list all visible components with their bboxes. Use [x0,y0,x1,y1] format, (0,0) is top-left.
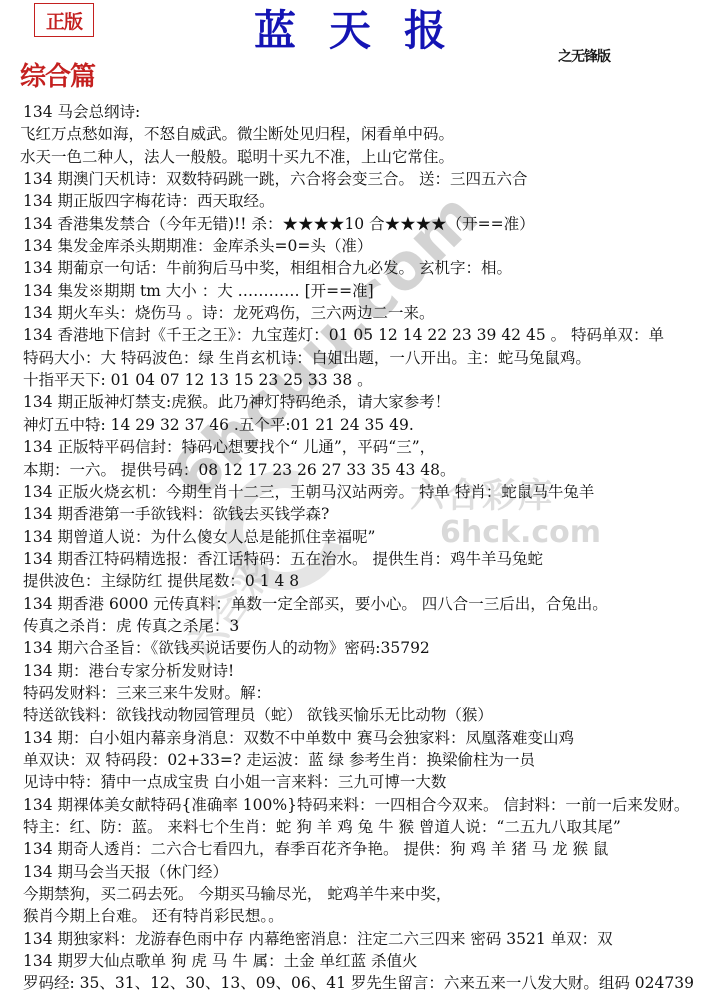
title-char-2: 天 [329,0,371,58]
text-line: 特送欲钱料：欲钱找动物园管理员（蛇） 欲钱买愉乐无比动物（猴） [23,704,713,726]
text-line: 十指平天下: 01 04 07 12 13 15 23 25 33 38 。 [23,369,713,391]
text-line: 134 期马会当天报（休门经） [23,861,713,883]
text-line: 134 期香江特码精选报：香江话特码：五在治水。 提供生肖：鸡牛羊马兔蛇 [23,548,713,570]
text-line: 神灯五中特: 14 29 32 37 46 .五个平:01 21 24 35 4… [23,414,713,436]
text-line: 134 期奇人透肖：二六合七看四九，春季百花齐争艳。 提供：狗 鸡 羊 猪 马 … [23,838,713,860]
document-body: 134 马会总纲诗: 飞红万点愁如海，不怒自威武。微尘断处见归程，闲看单中码。 … [23,101,713,995]
text-line: 134 期六合圣旨：《欲钱买说话要伤人的动物》密码:35792 [23,637,713,659]
text-line: 134 期裸体美女献特码{准确率 100%}特码来料：一四相合今双来。 信封料：… [23,794,713,816]
text-line: 特主：红、防：蓝。 来料七个生肖：蛇 狗 羊 鸡 兔 牛 猴 曾道人说：“二五九… [23,816,713,838]
text-line: 134 期独家料：龙游春色雨中存 内幕绝密消息：注定二六三四来 密码 3521 … [23,928,713,950]
text-line: 134 正版火烧玄机：今期生肖十二三，王朝马汉站两旁。 特单 特肖：蛇鼠马牛兔羊 [23,481,713,503]
text-line: 134 集发金库杀头期期准：金库杀头=0=头（准） [23,235,713,257]
edition-label: 之无锋版 [558,46,610,66]
text-line: 134 期曾道人说：为什么傻女人总是能抓住幸福呢” [23,526,713,548]
text-line: 134 期正版四字梅花诗：西天取经。 [23,190,713,212]
text-line: 134 集发※期期 tm 大小 ：大 ………… [开==准] [23,280,713,302]
section-heading: 综合篇 [20,56,95,93]
text-line: 134 香港地下信封《千王之王》：九宝莲灯：01 05 12 14 22 23 … [23,324,713,346]
text-line: 水天一色二种人，法人一般般。聪明十买九不准，上山它常住。 [20,146,713,168]
text-line: 特码发财料：三来三来牛发财。解： [23,682,713,704]
text-line: 134 期罗大仙点歌单 狗 虎 马 牛 属：土金 单红蓝 杀值火 [23,950,713,972]
edition-stamp: 正版 [34,3,94,37]
text-line: 134 香港集发禁合（今年无错)!! 杀：★★★★10 合★★★★（开==准） [23,213,713,235]
text-line: 134 期：港台专家分析发财诗! [23,660,713,682]
text-line: 134 期正版神灯禁支:虎猴。此乃神灯特码绝杀，请大家参考！ [23,391,713,413]
title-char-3: 报 [404,0,446,58]
text-line: 见诗中特：猜中一点成宝贵 白小姐一言来料：三九可博一大数 [23,771,713,793]
title-char-1: 蓝 [254,0,296,58]
text-line: 猴肖今期上台难。 还有特肖彩民想。。 [23,905,713,927]
stamp-label: 正版 [46,7,82,34]
text-line: 134 正版特平码信封：特码心想要找个“ 儿通”，平码“三”， [23,436,713,458]
text-line: 传真之杀肖：虎 传真之杀尾：3 [23,615,713,637]
page-title: 蓝 天 报 [250,0,450,56]
text-line: 特码大小：大 特码波色：绿 生肖玄机诗：白姐出题，一八开出。主：蛇马兔鼠鸡。 [23,347,713,369]
text-line: 飞红万点愁如海，不怒自威武。微尘断处见归程，闲看单中码。 [20,123,713,145]
text-line: 罗码经: 35、31、12、30、13、09、06、41 罗先生留言：六来五来一… [23,972,713,994]
text-line: 134 期香港第一手欲钱料：欲钱去买钱学森? [23,503,713,525]
text-line: 134 期澳门天机诗：双数特码跳一跳，六合将会变三合。 送：三四五六合 [23,168,713,190]
text-line: 134 马会总纲诗: [23,101,713,123]
text-line: 134 期香港 6000 元传真料：单数一定全部买，要小心。 四八合一三后出，合… [23,593,713,615]
text-line: 134 期葡京一句话：牛前狗后马中奖，相组相合九必发。 玄机字：相。 [23,257,713,279]
text-line: 本期：一六。 提供号码：08 12 17 23 26 27 33 35 43 4… [23,459,713,481]
text-line: 134 期：白小姐内幕亲身消息：双数不中单数中 赛马会独家料：凤凰落难变山鸡 [23,727,713,749]
text-line: 今期禁狗，买二码去死。 今期买马输尽光， 蛇鸡羊牛来中奖， [23,883,713,905]
text-line: 提供波色：主绿防红 提供尾数：0 1 4 8 [23,570,713,592]
text-line: 单双诀：双 特码段：02+33=? 走运波：蓝 绿 参考生肖：换梁偷柱为一员 [23,749,713,771]
text-line: 134 期火车头：烧伤马 。诗：龙死鸡伤，三六两边二一来。 [23,302,713,324]
